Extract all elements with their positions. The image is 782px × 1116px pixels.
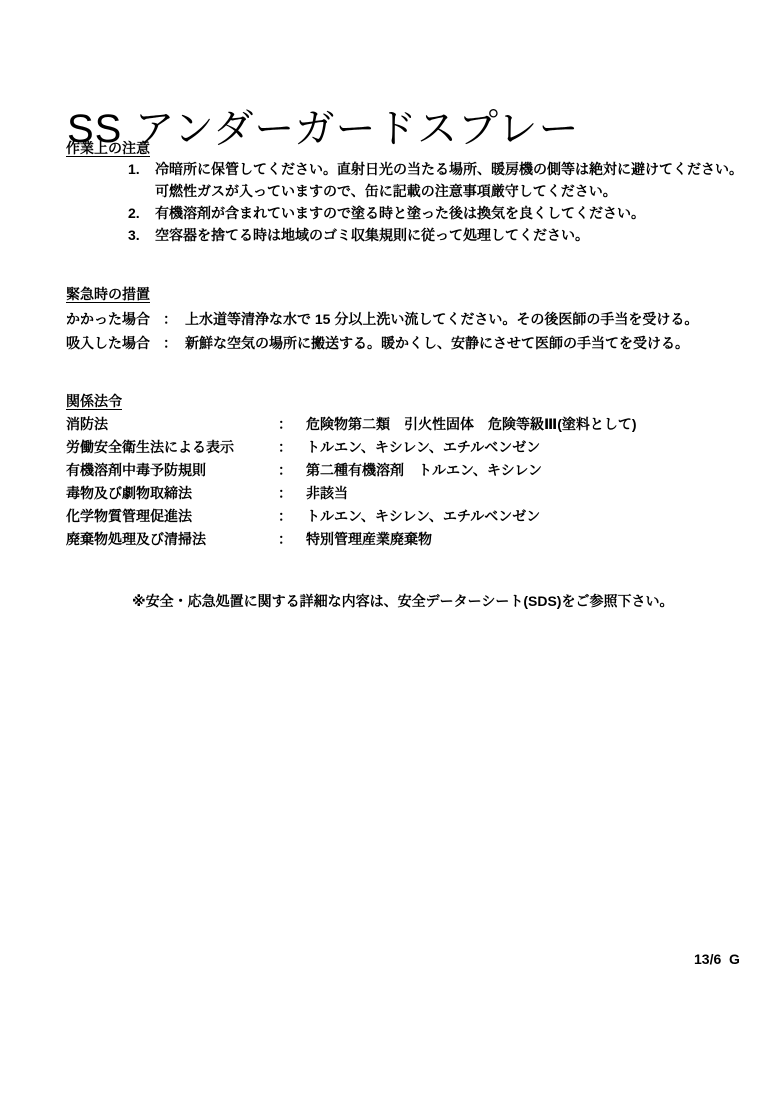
emergency-case-label: 吸入した場合 [66,331,155,355]
regulation-row: 有機溶剤中毒予防規則 ： 第二種有機溶剤 トルエン、キシレン [66,459,766,482]
sds-reference-note: ※安全・応急処置に関する詳細な内容は、安全データーシート(SDS)をご参照下さい… [132,591,673,611]
precaution-text: 有機溶剤が含まれていますので塗る時と塗った後は換気を良くしてください。 [155,205,645,221]
precaution-text: 可燃性ガスが入っていますので、缶に記載の注意事項厳守してください。 [155,183,617,199]
regulations-table: 消防法 ： 危険物第二類 引火性固体 危険等級Ⅲ(塗料として) 労働安全衛生法に… [66,413,766,551]
emergency-instruction: 上水道等清浄な水で 15 分以上洗い流してください。その後医師の手当を受ける。 [185,307,698,331]
emergency-case-label: かかった場合 [66,307,155,331]
regulation-law-name: 有機溶剤中毒予防規則 [66,459,278,482]
emergency-row: 吸入した場合 ： 新鮮な空気の場所に搬送する。暖かくし、安静にさせて医師の手当て… [66,331,766,355]
regulation-value: 特別管理産業廃棄物 [306,528,432,551]
regulation-row: 廃棄物処理及び清掃法 ： 特別管理産業廃棄物 [66,528,766,551]
regulation-value: トルエン、キシレン、エチルベンゼン [306,505,540,528]
emergency-heading: 緊急時の措置 [66,284,150,304]
regulation-row: 毒物及び劇物取締法 ： 非該当 [66,482,766,505]
page-number: 13/6 G [694,951,740,967]
regulation-row: 消防法 ： 危険物第二類 引火性固体 危険等級Ⅲ(塗料として) [66,413,766,436]
separator-colon: ： [278,528,306,551]
precaution-number: 3. [128,224,155,246]
precaution-text: 冷暗所に保管してください。直射日光の当たる場所、暖房機の側等は絶対に避けてくださ… [155,161,743,177]
regulation-value: 非該当 [306,482,348,505]
regulations-heading: 関係法令 [66,391,122,411]
regulation-law-name: 毒物及び劇物取締法 [66,482,278,505]
separator-colon: ： [155,331,185,355]
regulation-row: 化学物質管理促進法 ： トルエン、キシレン、エチルベンゼン [66,505,766,528]
separator-colon: ： [278,413,306,436]
separator-colon: ： [278,459,306,482]
regulation-law-name: 労働安全衛生法による表示 [66,436,278,459]
precaution-item: 3. 空容器を捨てる時は地域のゴミ収集規則に従って処理してください。 [128,224,768,246]
separator-colon: ： [155,307,185,331]
regulation-value: 危険物第二類 引火性固体 危険等級Ⅲ(塗料として) [306,413,637,436]
regulation-law-name: 化学物質管理促進法 [66,505,278,528]
precaution-number: 2. [128,202,155,224]
emergency-instruction: 新鮮な空気の場所に搬送する。暖かくし、安静にさせて医師の手当てを受ける。 [185,331,689,355]
separator-colon: ： [278,505,306,528]
precaution-item: 1. 冷暗所に保管してください。直射日光の当たる場所、暖房機の側等は絶対に避けて… [128,158,768,202]
regulation-value: トルエン、キシレン、エチルベンゼン [306,436,540,459]
precaution-item: 2. 有機溶剤が含まれていますので塗る時と塗った後は換気を良くしてください。 [128,202,768,224]
regulation-law-name: 廃棄物処理及び清掃法 [66,528,278,551]
precaution-text: 空容器を捨てる時は地域のゴミ収集規則に従って処理してください。 [155,227,589,243]
precaution-number: 1. [128,158,155,202]
document-page: { "page": { "title": "SS アンダーガードスプレー", "… [0,0,782,1116]
separator-colon: ： [278,482,306,505]
emergency-rows: かかった場合 ： 上水道等清浄な水で 15 分以上洗い流してください。その後医師… [66,307,766,355]
separator-colon: ： [278,436,306,459]
regulation-row: 労働安全衛生法による表示 ： トルエン、キシレン、エチルベンゼン [66,436,766,459]
emergency-row: かかった場合 ： 上水道等清浄な水で 15 分以上洗い流してください。その後医師… [66,307,766,331]
precautions-list: 1. 冷暗所に保管してください。直射日光の当たる場所、暖房機の側等は絶対に避けて… [128,158,768,246]
regulation-value: 第二種有機溶剤 トルエン、キシレン [306,459,542,482]
precautions-heading: 作業上の注意 [66,138,150,158]
regulation-law-name: 消防法 [66,413,278,436]
